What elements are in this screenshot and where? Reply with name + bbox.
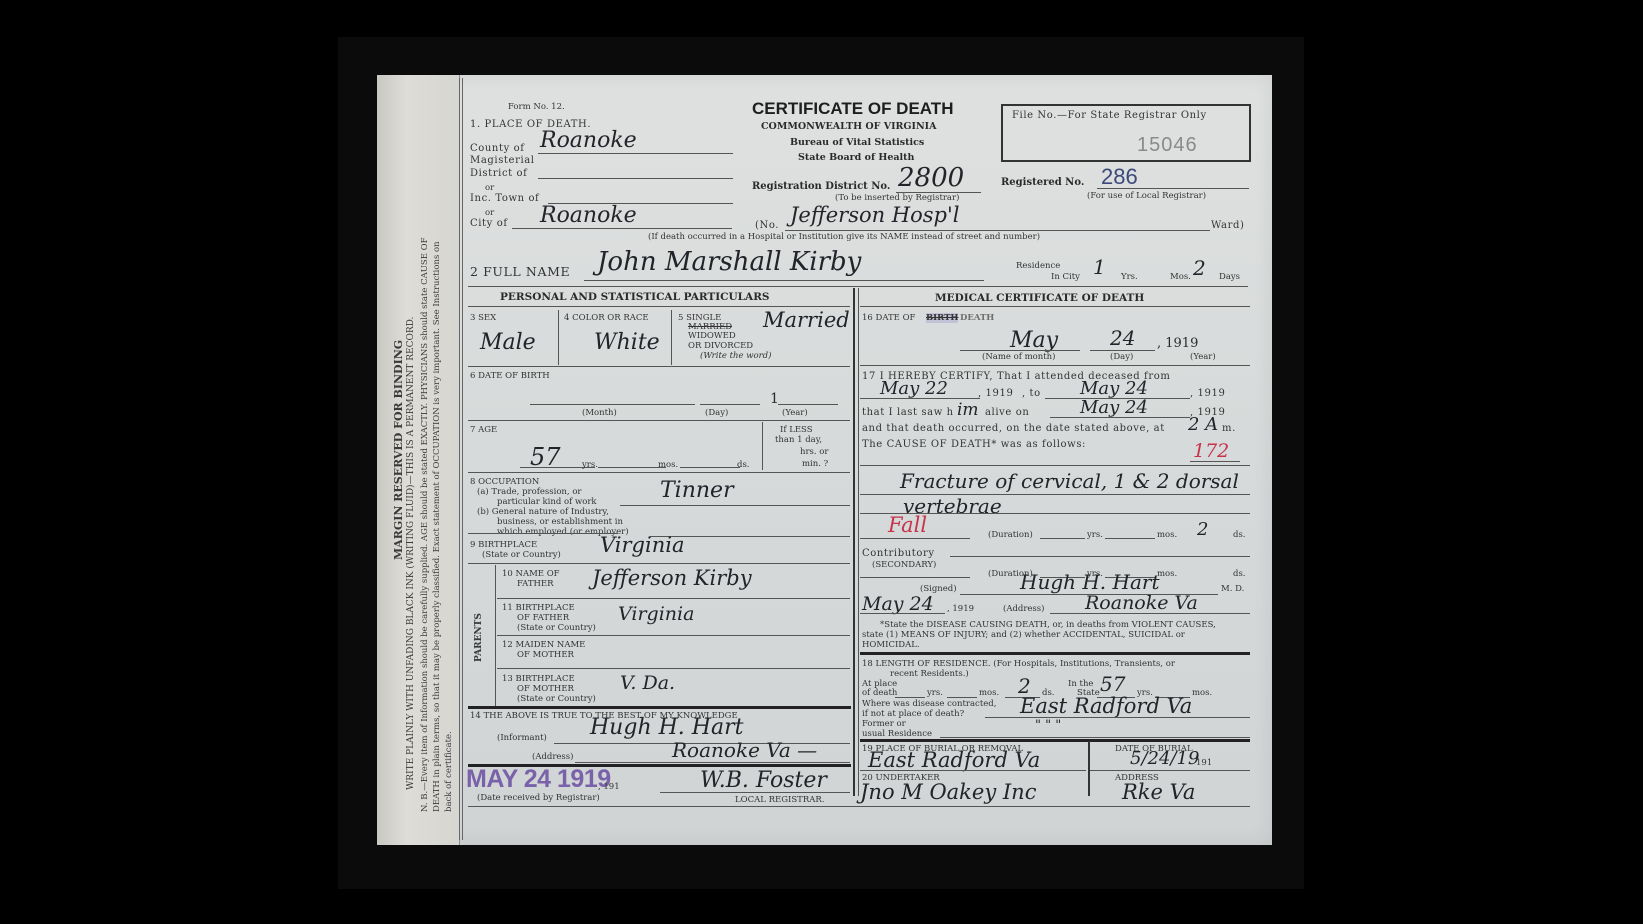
state-country-label: (State or Country) [517, 623, 596, 633]
informant-label: (Informant) [497, 733, 547, 743]
years-label: Yrs. [1121, 272, 1138, 282]
date-of-death-label: 16 DATE OF [862, 313, 915, 323]
physician-address-value: Roanoke Va [1085, 592, 1198, 614]
usual-residence-label: usual Residence [862, 729, 932, 739]
not-at-place-label: if not at place of death? [862, 709, 964, 719]
margin-instruction-2: N. B.—Every item of Information should b… [420, 237, 430, 812]
death-stamp-label: DEATH [960, 313, 994, 323]
father-name-label: 10 NAME OF [502, 569, 560, 579]
birth-struck-label: BIRTH [926, 313, 958, 323]
md-label: M. D. [1221, 584, 1244, 594]
birthplace-sub-label: (State or Country) [482, 550, 561, 560]
filed-year-suffix: , 191 [598, 782, 620, 792]
secondary-label: (SECONDARY) [872, 560, 936, 570]
father-birthplace-value: Virginia [618, 603, 694, 625]
place-months-label: mos. [979, 688, 999, 698]
residence-label: Residence [1016, 261, 1060, 271]
duration-months-label: mos. [1157, 530, 1177, 540]
in-city-label: In City [1051, 272, 1080, 282]
personal-particulars-heading: PERSONAL AND STATISTICAL PARTICULARS [500, 291, 770, 303]
birthplace-label: 9 BIRTHPLACE [470, 540, 537, 550]
or-label: or [485, 208, 494, 218]
of-father-label: OF FATHER [517, 613, 569, 623]
informant-value: Hugh H. Hart [590, 715, 743, 740]
age-months-label: mos. [658, 460, 678, 470]
name-of-month-caption: (Name of month) [982, 352, 1055, 362]
residence-months-value: 2 [1193, 256, 1206, 280]
hours-label: hrs. or [800, 447, 828, 457]
sex-label: 3 SEX [470, 313, 496, 323]
magisterial-label: Magisterial [470, 155, 535, 166]
last-saw-pronoun: im [957, 400, 979, 420]
footnote-line-2: state (1) MEANS OF INJURY; and (2) wheth… [862, 630, 1185, 640]
duration-days-label: ds. [1233, 530, 1246, 540]
physician-address-label: (Address) [1003, 604, 1044, 614]
classification-code: 172 [1193, 440, 1229, 462]
marital-note: (Write the word) [700, 351, 771, 361]
date-received-label: (Date received by Registrar) [477, 793, 600, 803]
footnote-line-1: *State the DISEASE CAUSING DEATH, or, in… [880, 620, 1216, 630]
medical-certificate-heading: MEDICAL CERTIFICATE OF DEATH [935, 292, 1144, 304]
hospital-note: (If death occurred in a Hospital or Inst… [648, 232, 1040, 242]
local-registrar-label: LOCAL REGISTRAR. [735, 795, 825, 805]
disease-contracted-value: East Radford Va [1020, 694, 1192, 718]
age-years-label: yrs. [582, 460, 598, 470]
registration-district-label: Registration District No. [752, 181, 890, 192]
state-months-label: mos. [1192, 688, 1212, 698]
age-days-label: ds. [737, 460, 750, 470]
burial-place-value: East Radford Va [868, 748, 1040, 772]
margin-title: MARGIN RESERVED FOR BINDING [392, 340, 405, 560]
ward-label: Ward) [1211, 220, 1244, 231]
parents-label: PARENTS [474, 613, 484, 662]
death-day-value: 24 [1110, 326, 1135, 350]
marital-widowed-label: WIDOWED [688, 331, 736, 341]
day-caption-2: (Day) [1110, 352, 1133, 362]
undertaker-address-value: Rke Va [1122, 780, 1195, 804]
death-occurred-label: and that death occurred, on the date sta… [862, 423, 1165, 434]
of-death-label: of death [862, 688, 897, 698]
contributory-label: Contributory [862, 548, 935, 559]
town-label: Inc. Town of [470, 193, 539, 204]
day-caption: (Day) [705, 408, 728, 418]
file-number-value: 15046 [1137, 134, 1198, 157]
race-label: 4 COLOR OR RACE [564, 313, 649, 323]
full-name-label: 2 FULL NAME [470, 264, 570, 279]
marital-value: Married [763, 308, 850, 332]
alive-on-label: alive on [985, 407, 1029, 418]
margin-instruction-4: back of certificate. [444, 731, 454, 812]
days-label: Days [1219, 272, 1240, 282]
age-label: 7 AGE [470, 425, 497, 435]
occupation-trade-label: (a) Trade, profession, or [477, 487, 582, 497]
registration-district-value: 2800 [898, 163, 964, 193]
marital-divorced-label: OR DIVORCED [688, 341, 753, 351]
secondary-months-label: mos. [1157, 569, 1177, 579]
occupation-work-label: particular kind of work [497, 497, 597, 507]
county-label: County of [470, 143, 525, 154]
of-mother-label: OF MOTHER [517, 650, 574, 660]
father-birthplace-label: 11 BIRTHPLACE [502, 603, 575, 613]
county-value: Roanoke [540, 128, 637, 153]
bureau-heading: Bureau of Vital Statistics [790, 137, 924, 148]
secondary-days-label: ds. [1233, 569, 1246, 579]
minutes-label: min. ? [802, 459, 828, 469]
dob-label: 6 DATE OF BIRTH [470, 371, 550, 381]
street-number-label: (No. [755, 220, 779, 231]
full-name-value: John Marshall Kirby [597, 247, 861, 277]
duration-years-label: yrs. [1087, 530, 1103, 540]
mother-birthplace-value: V. Da. [620, 672, 675, 694]
mother-birthplace-label: 13 BIRTHPLACE [502, 674, 575, 684]
attended-to-year: , 1919 [1190, 388, 1225, 399]
board-heading: State Board of Health [798, 152, 914, 163]
year-caption-2: (Year) [1190, 352, 1216, 362]
sex-value: Male [480, 330, 536, 355]
death-year-value: , 1919 [1157, 336, 1198, 351]
year-caption: (Year) [782, 408, 808, 418]
hospital-name-value: Jefferson Hosp'l [790, 203, 959, 227]
certificate-title: CERTIFICATE OF DEATH [752, 99, 953, 119]
margin-rule [459, 78, 463, 840]
duration-value: 2 [1197, 519, 1208, 540]
or-label: or [485, 183, 494, 193]
commonwealth-heading: COMMONWEALTH OF VIRGINIA [761, 121, 936, 132]
registered-number-value: 286 [1101, 164, 1138, 190]
business-label: business, or establishment in [497, 517, 623, 527]
mother-name-label: 12 MAIDEN NAME [502, 640, 585, 650]
footnote-line-3: HOMICIDAL. [862, 640, 920, 650]
district-note: (To be inserted by Registrar) [835, 193, 959, 203]
cause-of-death-line-1: Fracture of cervical, 1 & 2 dorsal [900, 469, 1239, 493]
occupation-value: Tinner [660, 478, 734, 503]
months-label: Mos. [1170, 272, 1191, 282]
disease-contracted-label: Where was disease contracted, [862, 699, 996, 709]
father-name-value: Jefferson Kirby [592, 566, 752, 590]
industry-label: (b) General nature of Industry, [477, 507, 609, 517]
former-residence-value: " " " [1035, 718, 1061, 733]
race-value: White [594, 330, 660, 355]
father-label: FATHER [517, 579, 554, 589]
time-suffix: m. [1222, 423, 1236, 434]
place-years-label: yrs. [927, 688, 943, 698]
time-of-death-value: 2 A [1188, 414, 1218, 435]
city-label: City of [470, 218, 508, 229]
attended-from-value: May 22 [880, 378, 948, 399]
last-saw-label: that I last saw h [862, 407, 954, 418]
less-than-day-label: than 1 day, [775, 435, 822, 445]
received-date-stamp: MAY 24 1919 [466, 765, 611, 794]
informant-address-label: (Address) [532, 752, 573, 762]
length-of-residence-heading: 18 LENGTH OF RESIDENCE. (For Hospitals, … [862, 659, 1175, 669]
margin-instruction-3: DEATH in plain terms, so that it may be … [432, 241, 442, 812]
state-years-value: 57 [1100, 672, 1125, 696]
margin-instruction-1: WRITE PLAINLY WITH UNFADING BLACK INK (W… [406, 317, 416, 790]
less-than-label: If LESS [780, 425, 813, 435]
attended-to-value: May 24 [1080, 378, 1148, 399]
former-label: Former or [862, 719, 906, 729]
month-caption: (Month) [582, 408, 617, 418]
residence-years-value: 1 [1093, 255, 1106, 279]
signed-date-value: May 24 [862, 593, 934, 615]
district-label: District of [470, 168, 527, 179]
last-saw-date-value: May 24 [1080, 397, 1148, 418]
form-number: Form No. 12. [508, 102, 565, 112]
registered-note: (For use of Local Registrar) [1087, 191, 1206, 201]
burial-date-value: 5/24/19 [1130, 748, 1199, 769]
physician-signature: Hugh H. Hart [1020, 570, 1159, 594]
binding-margin [377, 75, 460, 845]
local-registrar-signature: W.B. Foster [700, 768, 827, 793]
to-label: , to [1022, 388, 1041, 399]
city-value: Roanoke [540, 203, 637, 228]
undertaker-value: Jno M Oakey Inc [860, 780, 1036, 804]
cause-means-value: Fall [888, 513, 927, 537]
recent-residents-label: recent Residents.) [890, 669, 969, 679]
registered-number-label: Registered No. [1001, 177, 1084, 188]
duration-label: (Duration) [988, 530, 1033, 540]
state-country-label-2: (State or Country) [517, 694, 596, 704]
signed-year: , 1919 [947, 604, 974, 614]
attended-from-year: , 1919 [978, 388, 1013, 399]
cause-of-death-label: The CAUSE OF DEATH* was as follows: [862, 439, 1086, 450]
informant-address-value: Roanoke Va — [672, 738, 817, 762]
occupation-label: 8 OCCUPATION [470, 477, 539, 487]
burial-year-suffix: 191 [1196, 758, 1212, 768]
file-number-label: File No.—For State Registrar Only [1012, 110, 1207, 121]
of-mother-label-2: OF MOTHER [517, 684, 574, 694]
birthplace-value: Virginia [600, 533, 684, 557]
